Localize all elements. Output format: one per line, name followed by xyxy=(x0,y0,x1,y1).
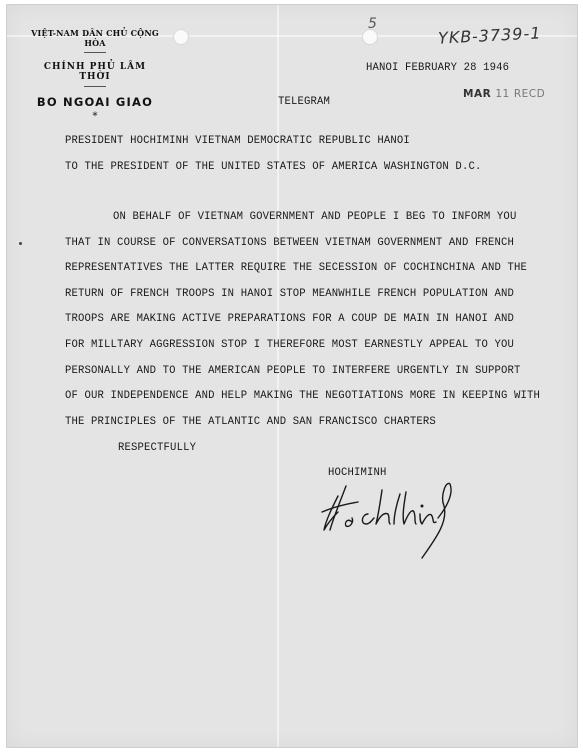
body-line: ON BEHALF OF VIETNAM GOVERNMENT AND PEOP… xyxy=(113,211,516,223)
handwritten-signature xyxy=(318,478,478,568)
letterhead-ministry: BO NGOAI GIAO xyxy=(30,95,160,109)
received-stamp: MAR 11 RECD xyxy=(463,88,545,100)
handwritten-corner-mark: 5 xyxy=(368,16,377,32)
stamp-suffix: RECD xyxy=(514,88,545,100)
body-line: REPRESENTATIVES THE LATTER REQUIRE THE S… xyxy=(65,262,527,274)
body-line: OF OUR INDEPENDENCE AND HELP MAKING THE … xyxy=(65,390,540,402)
place-and-date: HANOI FEBRUARY 28 1946 xyxy=(366,62,509,74)
sender-line: PRESIDENT HOCHIMINH VIETNAM DEMOCRATIC R… xyxy=(65,135,410,147)
body-line: THE PRINCIPLES OF THE ATLANTIC AND SAN F… xyxy=(65,416,436,428)
recipient-line: TO THE PRESIDENT OF THE UNITED STATES OF… xyxy=(65,161,481,173)
body-line: RETURN OF FRENCH TROOPS IN HANOI STOP ME… xyxy=(65,288,514,300)
stamp-month: MAR xyxy=(463,88,491,100)
stamp-day: 11 xyxy=(495,88,509,100)
letterhead-country: VIỆT-NAM DÂN CHỦ CỘNG HÒA xyxy=(30,28,160,48)
divider xyxy=(84,86,106,87)
body-line: THAT IN COURSE OF CONVERSATIONS BETWEEN … xyxy=(65,237,514,249)
divider xyxy=(84,52,106,53)
document-type: TELEGRAM xyxy=(278,96,330,108)
star-icon: * xyxy=(30,111,160,122)
body-line: PERSONALLY AND TO THE AMERICAN PEOPLE TO… xyxy=(65,365,521,377)
margin-mark xyxy=(19,242,22,245)
valediction: RESPECTFULLY xyxy=(118,442,196,454)
body-line: TROOPS ARE MAKING ACTIVE PREPARATIONS FO… xyxy=(65,313,514,325)
body-line: FOR MILLTARY AGGRESSION STOP I THEREFORE… xyxy=(65,339,514,351)
letterhead: VIỆT-NAM DÂN CHỦ CỘNG HÒA CHÍNH PHỦ LÂM … xyxy=(30,28,160,122)
punch-hole xyxy=(173,29,189,45)
letterhead-government: CHÍNH PHỦ LÂM THỜI xyxy=(30,62,160,82)
